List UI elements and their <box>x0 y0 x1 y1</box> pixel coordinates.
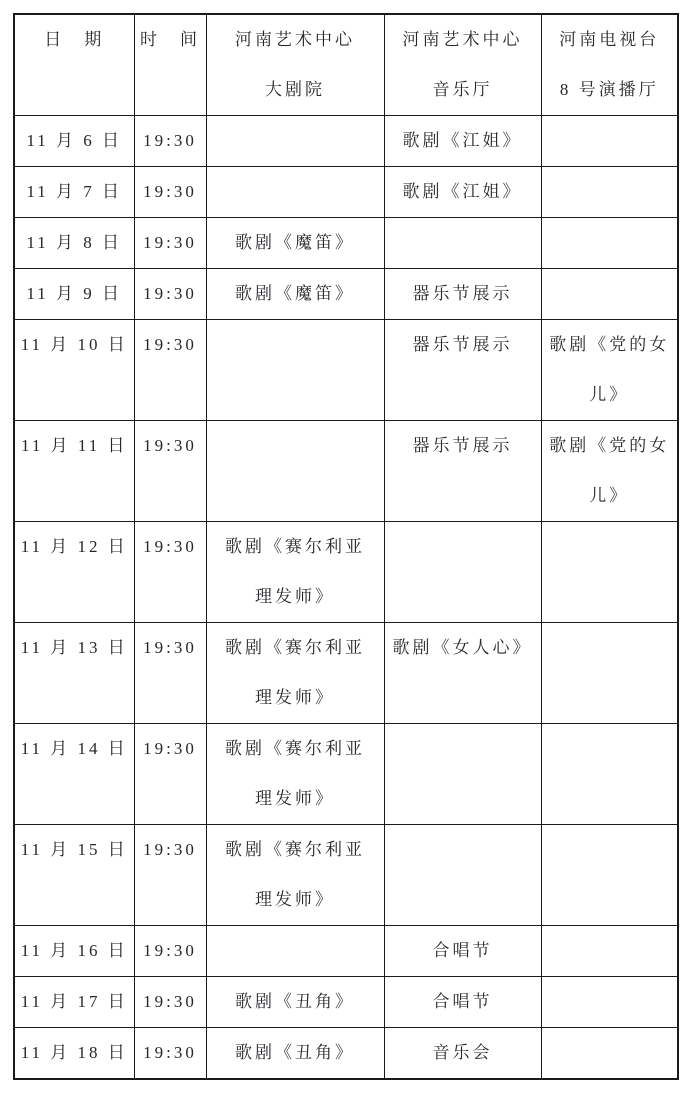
studio8-cell <box>541 167 678 218</box>
time-cell: 19:30 <box>134 522 206 623</box>
date-cell: 11 月 11 日 <box>14 421 134 522</box>
table-row: 11 月 6 日 19:30 歌剧《江姐》 <box>14 116 678 167</box>
concert-hall-cell: 歌剧《女人心》 <box>384 623 541 724</box>
studio8-cell <box>541 1028 678 1080</box>
time-cell: 19:30 <box>134 926 206 977</box>
grand-theatre-cell: 歌剧《赛尔利亚 理发师》 <box>206 825 384 926</box>
time-cell: 19:30 <box>134 1028 206 1080</box>
concert-hall-cell <box>384 522 541 623</box>
time-cell: 19:30 <box>134 320 206 421</box>
table-row: 11 月 13 日 19:30 歌剧《赛尔利亚 理发师》 歌剧《女人心》 <box>14 623 678 724</box>
studio8-cell <box>541 522 678 623</box>
table-row: 11 月 7 日 19:30 歌剧《江姐》 <box>14 167 678 218</box>
header-cell-date: 日 期 <box>14 14 134 116</box>
grand-theatre-cell <box>206 320 384 421</box>
concert-hall-cell <box>384 825 541 926</box>
performance-schedule-table: 日 期 时 间 河南艺术中心 大剧院 河南艺术中心 音乐厅 河南电视台 8 号演… <box>13 13 679 1080</box>
header-cell-studio8: 河南电视台 8 号演播厅 <box>541 14 678 116</box>
date-cell: 11 月 6 日 <box>14 116 134 167</box>
header-cell-time: 时 间 <box>134 14 206 116</box>
grand-theatre-cell: 歌剧《赛尔利亚 理发师》 <box>206 724 384 825</box>
concert-hall-cell: 器乐节展示 <box>384 269 541 320</box>
studio8-cell <box>541 218 678 269</box>
table-row: 11 月 14 日 19:30 歌剧《赛尔利亚 理发师》 <box>14 724 678 825</box>
studio8-cell <box>541 926 678 977</box>
date-cell: 11 月 14 日 <box>14 724 134 825</box>
date-cell: 11 月 12 日 <box>14 522 134 623</box>
time-cell: 19:30 <box>134 421 206 522</box>
studio8-cell <box>541 116 678 167</box>
grand-theatre-cell: 歌剧《丑角》 <box>206 1028 384 1080</box>
time-cell: 19:30 <box>134 724 206 825</box>
concert-hall-cell: 歌剧《江姐》 <box>384 167 541 218</box>
time-cell: 19:30 <box>134 825 206 926</box>
studio8-cell <box>541 977 678 1028</box>
grand-theatre-cell <box>206 421 384 522</box>
studio8-cell: 歌剧《党的女 儿》 <box>541 320 678 421</box>
studio8-cell <box>541 623 678 724</box>
date-cell: 11 月 13 日 <box>14 623 134 724</box>
grand-theatre-cell: 歌剧《魔笛》 <box>206 269 384 320</box>
header-row: 日 期 时 间 河南艺术中心 大剧院 河南艺术中心 音乐厅 河南电视台 8 号演… <box>14 14 678 116</box>
header-cell-concert-hall: 河南艺术中心 音乐厅 <box>384 14 541 116</box>
table-row: 11 月 10 日 19:30 器乐节展示 歌剧《党的女 儿》 <box>14 320 678 421</box>
document-page: 日 期 时 间 河南艺术中心 大剧院 河南艺术中心 音乐厅 河南电视台 8 号演… <box>0 0 690 1093</box>
table-row: 11 月 8 日 19:30 歌剧《魔笛》 <box>14 218 678 269</box>
grand-theatre-cell: 歌剧《丑角》 <box>206 977 384 1028</box>
grand-theatre-cell <box>206 167 384 218</box>
time-cell: 19:30 <box>134 167 206 218</box>
date-cell: 11 月 15 日 <box>14 825 134 926</box>
date-cell: 11 月 18 日 <box>14 1028 134 1080</box>
studio8-cell <box>541 269 678 320</box>
concert-hall-cell: 合唱节 <box>384 926 541 977</box>
concert-hall-cell: 器乐节展示 <box>384 320 541 421</box>
concert-hall-cell <box>384 724 541 825</box>
date-cell: 11 月 16 日 <box>14 926 134 977</box>
grand-theatre-cell: 歌剧《赛尔利亚 理发师》 <box>206 522 384 623</box>
table-row: 11 月 9 日 19:30 歌剧《魔笛》 器乐节展示 <box>14 269 678 320</box>
studio8-cell <box>541 724 678 825</box>
time-cell: 19:30 <box>134 977 206 1028</box>
concert-hall-cell: 歌剧《江姐》 <box>384 116 541 167</box>
date-cell: 11 月 10 日 <box>14 320 134 421</box>
table-row: 11 月 11 日 19:30 器乐节展示 歌剧《党的女 儿》 <box>14 421 678 522</box>
concert-hall-cell: 合唱节 <box>384 977 541 1028</box>
concert-hall-cell: 音乐会 <box>384 1028 541 1080</box>
date-cell: 11 月 7 日 <box>14 167 134 218</box>
grand-theatre-cell: 歌剧《赛尔利亚 理发师》 <box>206 623 384 724</box>
time-cell: 19:30 <box>134 269 206 320</box>
table-row: 11 月 18 日 19:30 歌剧《丑角》 音乐会 <box>14 1028 678 1080</box>
date-cell: 11 月 8 日 <box>14 218 134 269</box>
table-row: 11 月 17 日 19:30 歌剧《丑角》 合唱节 <box>14 977 678 1028</box>
concert-hall-cell: 器乐节展示 <box>384 421 541 522</box>
time-cell: 19:30 <box>134 116 206 167</box>
time-cell: 19:30 <box>134 623 206 724</box>
table-row: 11 月 12 日 19:30 歌剧《赛尔利亚 理发师》 <box>14 522 678 623</box>
date-cell: 11 月 17 日 <box>14 977 134 1028</box>
grand-theatre-cell: 歌剧《魔笛》 <box>206 218 384 269</box>
table-row: 11 月 15 日 19:30 歌剧《赛尔利亚 理发师》 <box>14 825 678 926</box>
grand-theatre-cell <box>206 116 384 167</box>
header-cell-grand-theatre: 河南艺术中心 大剧院 <box>206 14 384 116</box>
time-cell: 19:30 <box>134 218 206 269</box>
date-cell: 11 月 9 日 <box>14 269 134 320</box>
table-row: 11 月 16 日 19:30 合唱节 <box>14 926 678 977</box>
studio8-cell: 歌剧《党的女 儿》 <box>541 421 678 522</box>
grand-theatre-cell <box>206 926 384 977</box>
studio8-cell <box>541 825 678 926</box>
concert-hall-cell <box>384 218 541 269</box>
